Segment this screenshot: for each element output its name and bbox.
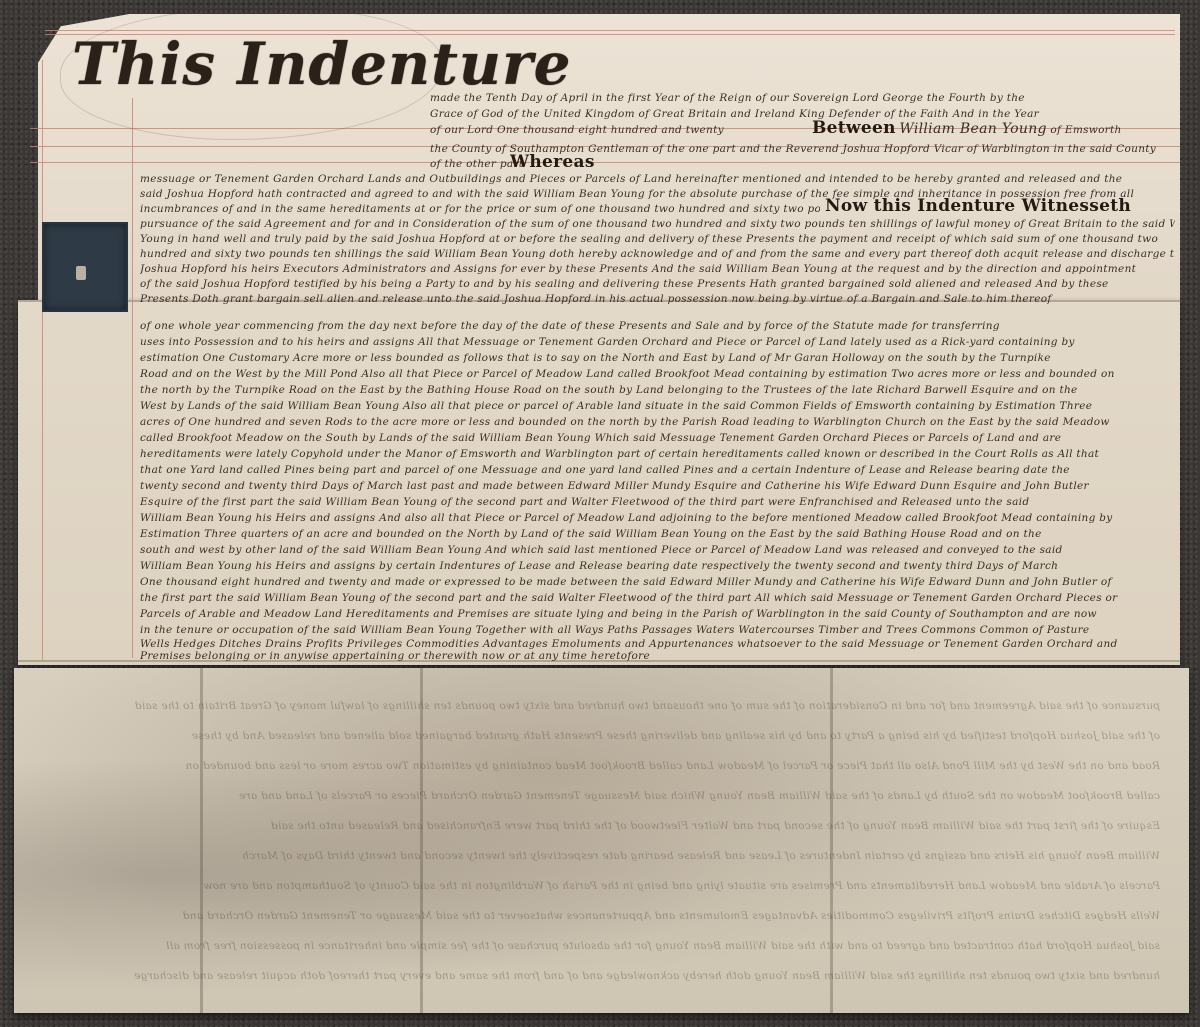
body-line: of one whole year commencing from the da… [140, 320, 1175, 332]
body-line: Premises belonging or in anywise apperta… [140, 650, 1175, 662]
body-line: that one Yard land called Pines being pa… [140, 464, 1175, 476]
header-line: of our Lord One thousand eight hundred a… [430, 124, 810, 136]
body-line: pursuance of the said Agreement and for … [140, 218, 1175, 230]
header-line: made the Tenth Day of April in the first… [430, 92, 1180, 104]
body-line: Road and on the West by the Mill Pond Al… [140, 368, 1175, 380]
red-rule [30, 162, 1180, 163]
red-margin-rule [42, 60, 43, 660]
bleed-through-text: Wells Hedges Ditches Drains Profits Priv… [130, 910, 1160, 922]
body-line: the north by the Turnpike Road on the Ea… [140, 384, 1175, 396]
body-line: Presents Doth grant bargain sell alien a… [140, 293, 1175, 305]
fold-crease [200, 668, 203, 1013]
body-line: the first part the said William Bean You… [140, 592, 1175, 604]
body-line: William Bean Young his Heirs and assigns… [140, 512, 1175, 524]
body-line: One thousand eight hundred and twenty an… [140, 576, 1175, 588]
body-line: Estimation Three quarters of an acre and… [140, 528, 1175, 540]
bleed-through-text: pursuance of the said Agreement and for … [130, 700, 1160, 712]
bleed-through-text: William Bean Young his Heirs and assigns… [130, 850, 1160, 862]
body-line: incumbrances of and in the same heredita… [140, 203, 820, 215]
body-line: Parcels of Arable and Meadow Land Heredi… [140, 608, 1175, 620]
body-line: uses into Possession and to his heirs an… [140, 336, 1175, 348]
bleed-through-text: of the said Joshua Hopford testified by … [130, 730, 1160, 742]
body-line: of the said Joshua Hopford testified by … [140, 278, 1175, 290]
body-line: Esquire of the first part the said Willi… [140, 496, 1175, 508]
keyword-whereas: Whereas [510, 152, 595, 172]
body-line: messuage or Tenement Garden Orchard Land… [140, 173, 1175, 185]
bleed-through-text: called Brookfoot Meadow on the South by … [130, 790, 1160, 802]
body-line: south and west by other land of the said… [140, 544, 1175, 556]
body-line: hereditaments were lately Copyhold under… [140, 448, 1175, 460]
fold-crease [420, 668, 423, 1013]
party-one-name: William Bean Young [899, 121, 1046, 137]
seal-emblem-icon [76, 266, 86, 280]
red-margin-rule [132, 98, 133, 658]
wafer-seal: Seal [42, 222, 128, 312]
body-line: twenty second and twenty third Days of M… [140, 480, 1175, 492]
body-line: acres of One hundred and seven Rods to t… [140, 416, 1175, 428]
fold-crease [830, 668, 833, 1013]
body-line: West by Lands of the said William Bean Y… [140, 400, 1175, 412]
body-line: in the tenure or occupation of the said … [140, 624, 1175, 636]
body-line: Joshua Hopford his heirs Executors Admin… [140, 263, 1175, 275]
keyword-now-witnesseth: Now this Indenture Witnesseth [825, 196, 1131, 216]
body-line: estimation One Customary Acre more or le… [140, 352, 1175, 364]
bleed-through-text: hundred and sixty two pounds ten shillin… [130, 970, 1160, 982]
parchment-folded-lower-panel [14, 668, 1189, 1013]
body-line: called Brookfoot Meadow on the South by … [140, 432, 1175, 444]
body-line: Wells Hedges Ditches Drains Profits Priv… [140, 638, 1175, 650]
body-line: William Bean Young his Heirs and assigns… [140, 560, 1175, 572]
bleed-through-text: Esquire of the first part the said Willi… [130, 820, 1160, 832]
bleed-through-text: Parcels of Arable and Meadow Land Heredi… [130, 880, 1160, 892]
body-line: Young in hand well and truly paid by the… [140, 233, 1175, 245]
document-title: This Indenture [72, 30, 572, 98]
party-one-place: of Emsworth [1050, 124, 1121, 136]
keyword-between: Between [812, 118, 896, 138]
bleed-through-text: Road and on the West by the Mill Pond Al… [130, 760, 1160, 772]
bleed-through-text: said Joshua Hopford hath contracted and … [130, 940, 1160, 952]
body-line: hundred and sixty two pounds ten shillin… [140, 248, 1175, 260]
